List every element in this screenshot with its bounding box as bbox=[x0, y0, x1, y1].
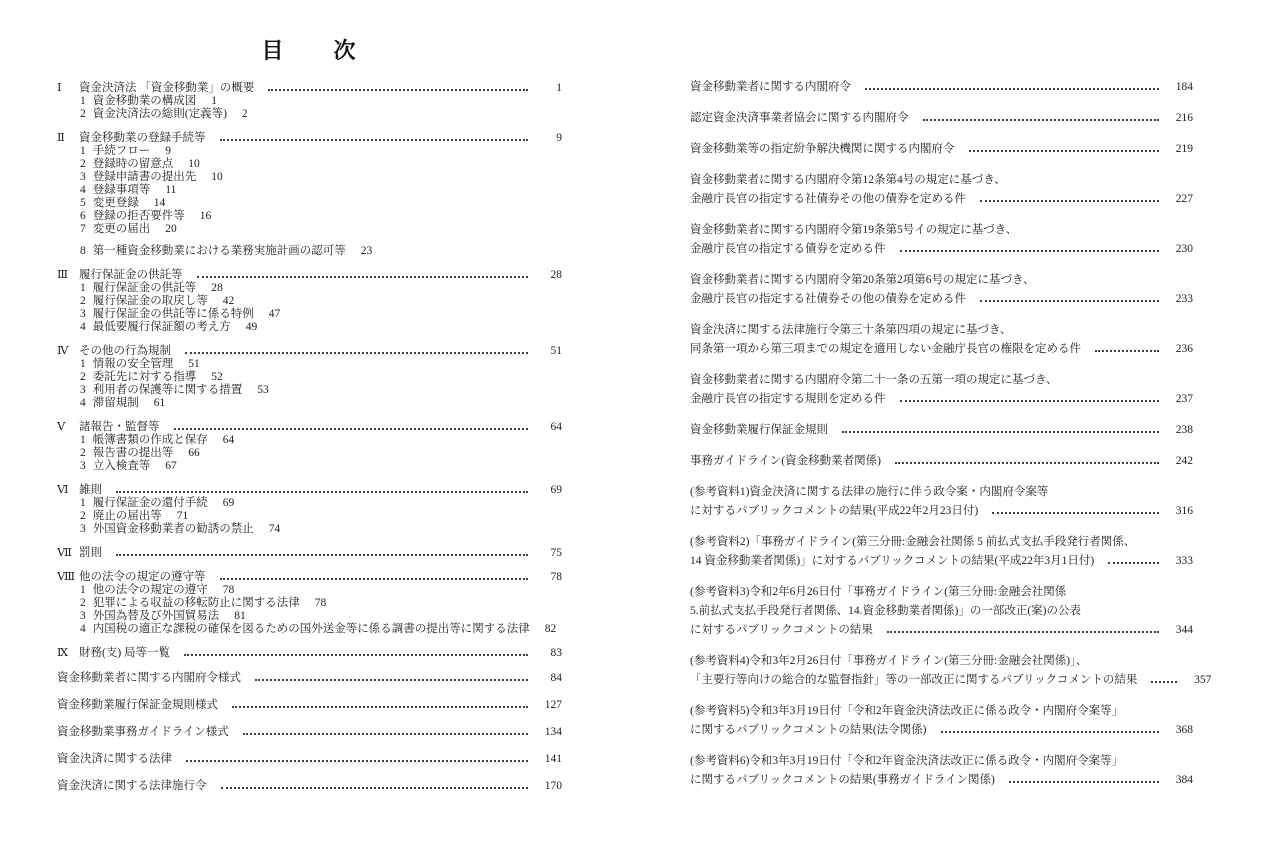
entry-line: 資金移動業者に関する内閣府令第20条第2項第6号の規定に基づき、 bbox=[690, 271, 1193, 290]
dot-leader bbox=[220, 133, 529, 141]
toc-subitem: 3立入検査等67 bbox=[57, 460, 562, 473]
subitem-title: 資金決済法の総則(定義等) bbox=[93, 108, 227, 120]
dot-leader bbox=[185, 346, 528, 354]
entry-last-line: 認定資金決済事業者協会に関する内閣府令216 bbox=[690, 109, 1193, 128]
subitem-number: 6 bbox=[80, 210, 86, 222]
subitem-page: 52 bbox=[211, 371, 223, 383]
page-number: 227 bbox=[1167, 190, 1193, 209]
toc-entry: (参考資料5)令和3年3月19日付「令和2年資金決済法改正に係る政令・内閣府令案… bbox=[690, 702, 1193, 740]
subitem-page: 2 bbox=[242, 108, 248, 120]
dot-leader bbox=[1151, 675, 1177, 683]
toc-subitem: 1情報の安全管理51 bbox=[57, 358, 562, 371]
toc-section: Ⅵ雑則691履行保証金の還付手続692廃止の届出等713外国資金移動業者の勧誘の… bbox=[57, 484, 562, 536]
subitem-number: 4 bbox=[80, 397, 86, 409]
page-number: 357 bbox=[1185, 671, 1211, 690]
page-number: 344 bbox=[1167, 621, 1193, 640]
subitem-title: 他の法令の規定の遵守 bbox=[93, 584, 208, 596]
page-number: 236 bbox=[1167, 340, 1193, 359]
dot-leader bbox=[232, 700, 528, 708]
toc-section: Ⅰ資金決済法 「資金移動業」の概要11資金移動業の構成図12資金決済法の総則(定… bbox=[57, 82, 562, 121]
subitem-number: 5 bbox=[80, 197, 86, 209]
section-numeral: Ⅷ bbox=[57, 571, 79, 584]
entry-line: 資金移動業者に関する内閣府令第19条第5号イの規定に基づき、 bbox=[690, 221, 1193, 240]
toc-entry: (参考資料2)「事務ガイドライン(第三分冊:金融会社関係 5 前払式支払手段発行… bbox=[690, 533, 1193, 571]
subitem-page: 23 bbox=[361, 245, 373, 257]
section-title: 諸報告・監督等 bbox=[79, 421, 160, 434]
toc-left-entries: 資金移動業者に関する内閣府令様式84資金移動業履行保証金規則様式127資金移動業… bbox=[57, 671, 562, 793]
subitem-page: 69 bbox=[223, 497, 235, 509]
entry-last-line: 資金決済に関する法律141 bbox=[57, 752, 562, 766]
subitem-page: 82 bbox=[545, 623, 557, 635]
entry-last-line: 金融庁長官の指定する規則を定める件237 bbox=[690, 390, 1193, 409]
section-numeral: Ⅰ bbox=[57, 82, 79, 95]
toc-section: Ⅲ履行保証金の供託等281履行保証金の供託等282履行保証金の取戻し等423履行… bbox=[57, 269, 562, 334]
page-number: 384 bbox=[1167, 771, 1193, 790]
toc-subitem: 2廃止の届出等71 bbox=[57, 510, 562, 523]
subitem-number: 4 bbox=[80, 321, 86, 333]
toc-subitem: 6登録の拒否要件等16 bbox=[57, 210, 562, 223]
entry-line: (参考資料3)令和2年6月26日付「事務ガイドライン(第三分冊:金融会社関係 bbox=[690, 583, 1193, 602]
toc-subitem: 3外国資金移動業者の勧誘の禁止74 bbox=[57, 523, 562, 536]
subitem-title: 最低要履行保証額の考え方 bbox=[93, 321, 231, 333]
section-title: 罰則 bbox=[79, 547, 102, 560]
page-number: 64 bbox=[536, 421, 562, 434]
entry-line: (参考資料1)資金決済に関する法律の施行に伴う政令案・内閣府令案等 bbox=[690, 483, 1193, 502]
entry-title: 金融庁長官の指定する債券を定める件 bbox=[690, 240, 886, 259]
entry-title: 資金移動業履行保証金規則様式 bbox=[57, 698, 218, 712]
subitem-title: 情報の安全管理 bbox=[93, 358, 174, 370]
page-number: 242 bbox=[1167, 452, 1193, 471]
toc-subitem: 2犯罪による収益の移転防止に関する法律78 bbox=[57, 597, 562, 610]
entry-title: 資金移動業履行保証金規則 bbox=[690, 421, 828, 440]
dot-leader bbox=[992, 506, 1159, 514]
entry-last-line: 金融庁長官の指定する社債券その他の債券を定める件233 bbox=[690, 290, 1193, 309]
page-number: 28 bbox=[536, 269, 562, 282]
toc-subitem: 4最低要履行保証額の考え方49 bbox=[57, 321, 562, 334]
entry-last-line: 資金移動業履行保証金規則様式127 bbox=[57, 698, 562, 712]
section-heading-row: Ⅵ雑則69 bbox=[57, 484, 562, 497]
page-number: 51 bbox=[536, 345, 562, 358]
toc-page: { "page_title": "目 次", "left": { "sectio… bbox=[0, 0, 1265, 843]
dot-leader bbox=[1108, 556, 1159, 564]
page-number: 83 bbox=[536, 647, 562, 660]
toc-entry: 資金移動業者に関する内閣府令第12条第4号の規定に基づき、金融庁長官の指定する社… bbox=[690, 171, 1193, 209]
page-number: 75 bbox=[536, 547, 562, 560]
entry-title: 金融庁長官の指定する規則を定める件 bbox=[690, 390, 886, 409]
section-numeral: Ⅲ bbox=[57, 269, 79, 282]
toc-entry: 資金移動業者に関する内閣府令184 bbox=[690, 78, 1193, 97]
toc-subitem: 8第一種資金移動業における業務実施計画の認可等23 bbox=[57, 245, 562, 258]
dot-leader bbox=[268, 83, 528, 91]
subitem-page: 47 bbox=[269, 308, 281, 320]
subitem-number: 1 bbox=[80, 358, 86, 370]
toc-left-column: Ⅰ資金決済法 「資金移動業」の概要11資金移動業の構成図12資金決済法の総則(定… bbox=[57, 82, 562, 806]
toc-section: Ⅴ諸報告・監督等641帳簿書類の作成と保存642報告書の提出等663立入検査等6… bbox=[57, 421, 562, 473]
section-title: 資金決済法 「資金移動業」の概要 bbox=[79, 82, 254, 95]
entry-line: (参考資料4)令和3年2月26日付「事務ガイドライン(第三分冊:金融会社関係)」… bbox=[690, 652, 1193, 671]
page-number: 84 bbox=[536, 671, 562, 685]
subitem-title: 外国為替及び外国貿易法 bbox=[93, 610, 220, 622]
page-number: 9 bbox=[536, 132, 562, 145]
subitem-page: 71 bbox=[177, 510, 189, 522]
dot-leader bbox=[980, 294, 1159, 302]
toc-right-column: 資金移動業者に関する内閣府令184認定資金決済事業者協会に関する内閣府令216資… bbox=[690, 78, 1193, 802]
toc-entry: 資金移動業等の指定紛争解決機関に関する内閣府令219 bbox=[690, 140, 1193, 159]
dot-leader bbox=[900, 244, 1160, 252]
subitem-number: 7 bbox=[80, 223, 86, 235]
toc-left-sections: Ⅰ資金決済法 「資金移動業」の概要11資金移動業の構成図12資金決済法の総則(定… bbox=[57, 82, 562, 660]
page-number: 170 bbox=[536, 779, 562, 793]
entry-title: 資金決済に関する法律施行令 bbox=[57, 779, 207, 793]
dot-leader bbox=[1009, 775, 1159, 783]
subitem-page: 14 bbox=[154, 197, 166, 209]
subitem-number: 2 bbox=[80, 295, 86, 307]
toc-subitem: 1履行保証金の供託等28 bbox=[57, 282, 562, 295]
section-title: 財務(支) 局等一覧 bbox=[79, 647, 170, 660]
toc-subitem: 1手続フロー9 bbox=[57, 145, 562, 158]
subitem-title: 立入検査等 bbox=[93, 460, 151, 472]
section-title: 履行保証金の供託等 bbox=[79, 269, 183, 282]
subitem-page: 66 bbox=[188, 447, 200, 459]
subitem-title: 履行保証金の取戻し等 bbox=[93, 295, 208, 307]
entry-last-line: 14 資金移動業者関係)」に対するパブリックコメントの結果(平成22年3月1日付… bbox=[690, 552, 1193, 571]
subitem-number: 1 bbox=[80, 282, 86, 294]
entry-last-line: に対するパブリックコメントの結果344 bbox=[690, 621, 1193, 640]
section-heading-row: Ⅸ財務(支) 局等一覧83 bbox=[57, 647, 562, 660]
subitem-title: 手続フロー bbox=[93, 145, 151, 157]
dot-leader bbox=[243, 727, 528, 735]
subitem-title: 滞留規制 bbox=[93, 397, 139, 409]
subitem-number: 2 bbox=[80, 371, 86, 383]
toc-subitem: 3利用者の保護等に関する措置53 bbox=[57, 384, 562, 397]
entry-last-line: に対するパブリックコメントの結果(平成22年2月23日付)316 bbox=[690, 502, 1193, 521]
page-number: 1 bbox=[536, 82, 562, 95]
subitem-number: 8 bbox=[80, 245, 86, 257]
section-numeral: Ⅸ bbox=[57, 647, 79, 660]
dot-leader bbox=[900, 394, 1160, 402]
entry-last-line: 金融庁長官の指定する債券を定める件230 bbox=[690, 240, 1193, 259]
dot-leader bbox=[197, 270, 529, 278]
subitem-title: 犯罪による収益の移転防止に関する法律 bbox=[93, 597, 300, 609]
subitem-number: 2 bbox=[80, 597, 86, 609]
subitem-number: 2 bbox=[80, 158, 86, 170]
subitem-title: 外国資金移動業者の勧誘の禁止 bbox=[93, 523, 254, 535]
subitem-number: 3 bbox=[80, 610, 86, 622]
entry-last-line: に関するパブリックコメントの結果(事務ガイドライン関係)384 bbox=[690, 771, 1193, 790]
subitem-page: 10 bbox=[211, 171, 223, 183]
section-heading-row: Ⅴ諸報告・監督等64 bbox=[57, 421, 562, 434]
subitem-title: 履行保証金の供託等に係る特例 bbox=[93, 308, 254, 320]
subitem-title: 委託先に対する指導 bbox=[93, 371, 197, 383]
entry-title: 「主要行等向けの総合的な監督指針」等の一部改正に関するパブリックコメントの結果 bbox=[690, 671, 1137, 690]
subitem-title: 登録申請書の提出先 bbox=[93, 171, 197, 183]
subitem-number: 1 bbox=[80, 95, 86, 107]
entry-title: に関するパブリックコメントの結果(法令関係) bbox=[690, 721, 927, 740]
toc-entry: (参考資料4)令和3年2月26日付「事務ガイドライン(第三分冊:金融会社関係)」… bbox=[690, 652, 1193, 690]
toc-entry: 資金決済に関する法律141 bbox=[57, 752, 562, 766]
section-heading-row: Ⅱ資金移動業の登録手続等9 bbox=[57, 132, 562, 145]
dot-leader bbox=[116, 485, 528, 493]
toc-subitem: 2委託先に対する指導52 bbox=[57, 371, 562, 384]
page-number: 230 bbox=[1167, 240, 1193, 259]
toc-subitem: 4内国税の適正な課税の確保を図るための国外送金等に係る調書の提出等に関する法律8… bbox=[57, 623, 562, 636]
subitem-title: 第一種資金移動業における業務実施計画の認可等 bbox=[93, 245, 346, 257]
page-number: 69 bbox=[536, 484, 562, 497]
page-number: 333 bbox=[1167, 552, 1193, 571]
toc-subitem: 1資金移動業の構成図1 bbox=[57, 95, 562, 108]
toc-section: Ⅳその他の行為規制511情報の安全管理512委託先に対する指導523利用者の保護… bbox=[57, 345, 562, 410]
subitem-page: 11 bbox=[165, 184, 176, 196]
entry-title: 金融庁長官の指定する社債券その他の債券を定める件 bbox=[690, 190, 966, 209]
subitem-title: 登録事項等 bbox=[93, 184, 151, 196]
dot-leader bbox=[1095, 344, 1159, 352]
page-number: 233 bbox=[1167, 290, 1193, 309]
subitem-page: 42 bbox=[223, 295, 235, 307]
section-numeral: Ⅱ bbox=[57, 132, 79, 145]
subitem-number: 3 bbox=[80, 460, 86, 472]
entry-title: 資金移動業者に関する内閣府令様式 bbox=[57, 671, 241, 685]
dot-leader bbox=[923, 113, 1160, 121]
subitem-number: 1 bbox=[80, 584, 86, 596]
entry-line: 資金移動業者に関する内閣府令第二十一条の五第一項の規定に基づき、 bbox=[690, 371, 1193, 390]
subitem-page: 53 bbox=[257, 384, 269, 396]
toc-subitem: 2登録時の留意点10 bbox=[57, 158, 562, 171]
entry-title: 資金決済に関する法律 bbox=[57, 752, 172, 766]
toc-subitem: 3登録申請書の提出先10 bbox=[57, 171, 562, 184]
entry-last-line: 資金移動業事務ガイドライン様式134 bbox=[57, 725, 562, 739]
dot-leader bbox=[895, 456, 1159, 464]
entry-title: 認定資金決済事業者協会に関する内閣府令 bbox=[690, 109, 909, 128]
section-numeral: Ⅴ bbox=[57, 421, 79, 434]
subitem-number: 4 bbox=[80, 184, 86, 196]
entry-title: に対するパブリックコメントの結果(平成22年2月23日付) bbox=[690, 502, 978, 521]
toc-entry: (参考資料1)資金決済に関する法律の施行に伴う政令案・内閣府令案等に対するパブリ… bbox=[690, 483, 1193, 521]
section-title: 雑則 bbox=[79, 484, 102, 497]
page-number: 134 bbox=[536, 725, 562, 739]
subitem-title: 報告書の提出等 bbox=[93, 447, 174, 459]
subitem-page: 78 bbox=[223, 584, 235, 596]
subitem-page: 1 bbox=[211, 95, 217, 107]
toc-subitem: 2資金決済法の総則(定義等)2 bbox=[57, 108, 562, 121]
section-heading-row: Ⅰ資金決済法 「資金移動業」の概要1 bbox=[57, 82, 562, 95]
toc-subitem: 5変更登録14 bbox=[57, 197, 562, 210]
subitem-title: 変更の届出 bbox=[93, 223, 151, 235]
subitem-title: 廃止の届出等 bbox=[93, 510, 162, 522]
toc-section: Ⅶ罰則75 bbox=[57, 547, 562, 560]
toc-subitem: 7変更の届出20 bbox=[57, 223, 562, 236]
toc-subitem: 3履行保証金の供託等に係る特例47 bbox=[57, 308, 562, 321]
toc-section: Ⅱ資金移動業の登録手続等91手続フロー92登録時の留意点103登録申請書の提出先… bbox=[57, 132, 562, 258]
subitem-title: 履行保証金の還付手続 bbox=[93, 497, 208, 509]
subitem-page: 10 bbox=[188, 158, 200, 170]
subitem-number: 3 bbox=[80, 384, 86, 396]
entry-line: (参考資料6)令和3年3月19日付「令和2年資金決済法改正に係る政令・内閣府令案… bbox=[690, 752, 1193, 771]
entry-title: 金融庁長官の指定する社債券その他の債券を定める件 bbox=[690, 290, 966, 309]
toc-entry: 資金移動業履行保証金規則様式127 bbox=[57, 698, 562, 712]
dot-leader bbox=[220, 572, 529, 580]
toc-entry: 資金移動業者に関する内閣府令様式84 bbox=[57, 671, 562, 685]
section-title: 資金移動業の登録手続等 bbox=[79, 132, 206, 145]
toc-subitem: 1他の法令の規定の遵守78 bbox=[57, 584, 562, 597]
toc-subitem: 1履行保証金の還付手続69 bbox=[57, 497, 562, 510]
section-heading-row: Ⅶ罰則75 bbox=[57, 547, 562, 560]
page-number: 216 bbox=[1167, 109, 1193, 128]
toc-entry: 認定資金決済事業者協会に関する内閣府令216 bbox=[690, 109, 1193, 128]
toc-entry: 資金移動業者に関する内閣府令第19条第5号イの規定に基づき、金融庁長官の指定する… bbox=[690, 221, 1193, 259]
entry-last-line: 資金移動業者に関する内閣府令様式84 bbox=[57, 671, 562, 685]
subitem-number: 2 bbox=[80, 510, 86, 522]
subitem-number: 2 bbox=[80, 447, 86, 459]
page-title: 目 次 bbox=[57, 34, 562, 65]
subitem-number: 3 bbox=[80, 171, 86, 183]
toc-entry: (参考資料3)令和2年6月26日付「事務ガイドライン(第三分冊:金融会社関係5.… bbox=[690, 583, 1193, 640]
subitem-page: 74 bbox=[269, 523, 281, 535]
dot-leader bbox=[186, 754, 528, 762]
toc-entry: 資金移動業者に関する内閣府令第二十一条の五第一項の規定に基づき、金融庁長官の指定… bbox=[690, 371, 1193, 409]
entry-line: 資金移動業者に関する内閣府令第12条第4号の規定に基づき、 bbox=[690, 171, 1193, 190]
subitem-title: 履行保証金の供託等 bbox=[93, 282, 197, 294]
entry-last-line: 事務ガイドライン(資金移動業者関係)242 bbox=[690, 452, 1193, 471]
page-number: 219 bbox=[1167, 140, 1193, 159]
entry-last-line: 資金移動業履行保証金規則238 bbox=[690, 421, 1193, 440]
page-number: 238 bbox=[1167, 421, 1193, 440]
entry-title: に関するパブリックコメントの結果(事務ガイドライン関係) bbox=[690, 771, 995, 790]
dot-leader bbox=[116, 548, 528, 556]
section-heading-row: Ⅳその他の行為規制51 bbox=[57, 345, 562, 358]
dot-leader bbox=[255, 673, 528, 681]
toc-subitem: 2履行保証金の取戻し等42 bbox=[57, 295, 562, 308]
toc-entry: 資金移動業者に関する内閣府令第20条第2項第6号の規定に基づき、金融庁長官の指定… bbox=[690, 271, 1193, 309]
entry-line: 5.前払式支払手段発行者関係、14.資金移動業者関係)」の一部改正(案)の公表 bbox=[690, 602, 1193, 621]
subitem-page: 20 bbox=[165, 223, 177, 235]
subitem-page: 67 bbox=[165, 460, 177, 472]
dot-leader bbox=[221, 781, 529, 789]
toc-entry: 事務ガイドライン(資金移動業者関係)242 bbox=[690, 452, 1193, 471]
page-number: 127 bbox=[536, 698, 562, 712]
section-numeral: Ⅵ bbox=[57, 484, 79, 497]
entry-line: 資金決済に関する法律施行令第三十条第四項の規定に基づき、 bbox=[690, 321, 1193, 340]
subitem-title: 資金移動業の構成図 bbox=[93, 95, 197, 107]
entry-title: 資金移動業等の指定紛争解決機関に関する内閣府令 bbox=[690, 140, 955, 159]
subitem-page: 28 bbox=[211, 282, 223, 294]
page-number: 368 bbox=[1167, 721, 1193, 740]
entry-title: 資金移動業者に関する内閣府令 bbox=[690, 78, 851, 97]
entry-last-line: 「主要行等向けの総合的な監督指針」等の一部改正に関するパブリックコメントの結果3… bbox=[690, 671, 1193, 690]
dot-leader bbox=[865, 82, 1159, 90]
subitem-title: 内国税の適正な課税の確保を図るための国外送金等に係る調書の提出等に関する法律 bbox=[93, 623, 530, 635]
section-heading-row: Ⅲ履行保証金の供託等28 bbox=[57, 269, 562, 282]
toc-right-entries: 資金移動業者に関する内閣府令184認定資金決済事業者協会に関する内閣府令216資… bbox=[690, 78, 1193, 790]
entry-last-line: 資金決済に関する法律施行令170 bbox=[57, 779, 562, 793]
entry-line: (参考資料2)「事務ガイドライン(第三分冊:金融会社関係 5 前払式支払手段発行… bbox=[690, 533, 1193, 552]
subitem-number: 1 bbox=[80, 434, 86, 446]
entry-title: 事務ガイドライン(資金移動業者関係) bbox=[690, 452, 881, 471]
entry-title: 同条第一項から第三項までの規定を適用しない金融庁長官の権限を定める件 bbox=[690, 340, 1081, 359]
page-number: 316 bbox=[1167, 502, 1193, 521]
subitem-page: 51 bbox=[188, 358, 200, 370]
toc-subitem: 2報告書の提出等66 bbox=[57, 447, 562, 460]
subitem-number: 4 bbox=[80, 623, 86, 635]
dot-leader bbox=[174, 422, 529, 430]
dot-leader bbox=[980, 194, 1159, 202]
toc-subitem: 4滞留規制61 bbox=[57, 397, 562, 410]
toc-section: Ⅷ他の法令の規定の遵守等781他の法令の規定の遵守782犯罪による収益の移転防止… bbox=[57, 571, 562, 636]
page-number: 237 bbox=[1167, 390, 1193, 409]
toc-subitem: 3外国為替及び外国貿易法81 bbox=[57, 610, 562, 623]
toc-entry: 資金移動業事務ガイドライン様式134 bbox=[57, 725, 562, 739]
subitem-page: 64 bbox=[223, 434, 235, 446]
subitem-title: 帳簿書類の作成と保存 bbox=[93, 434, 208, 446]
section-title: その他の行為規制 bbox=[79, 345, 171, 358]
subitem-page: 16 bbox=[200, 210, 212, 222]
subitem-number: 2 bbox=[80, 108, 86, 120]
entry-last-line: 同条第一項から第三項までの規定を適用しない金融庁長官の権限を定める件236 bbox=[690, 340, 1193, 359]
subitem-page: 81 bbox=[234, 610, 246, 622]
subitem-page: 9 bbox=[165, 145, 171, 157]
dot-leader bbox=[887, 625, 1159, 633]
page-number: 141 bbox=[536, 752, 562, 766]
dot-leader bbox=[842, 425, 1159, 433]
section-numeral: Ⅶ bbox=[57, 547, 79, 560]
entry-last-line: に関するパブリックコメントの結果(法令関係)368 bbox=[690, 721, 1193, 740]
entry-line: (参考資料5)令和3年3月19日付「令和2年資金決済法改正に係る政令・内閣府令案… bbox=[690, 702, 1193, 721]
entry-title: 14 資金移動業者関係)」に対するパブリックコメントの結果(平成22年3月1日付… bbox=[690, 552, 1094, 571]
toc-entry: (参考資料6)令和3年3月19日付「令和2年資金決済法改正に係る政令・内閣府令案… bbox=[690, 752, 1193, 790]
toc-section: Ⅸ財務(支) 局等一覧83 bbox=[57, 647, 562, 660]
subitem-number: 3 bbox=[80, 308, 86, 320]
subitem-page: 78 bbox=[315, 597, 327, 609]
entry-last-line: 資金移動業等の指定紛争解決機関に関する内閣府令219 bbox=[690, 140, 1193, 159]
subitem-title: 登録の拒否要件等 bbox=[93, 210, 185, 222]
subitem-number: 1 bbox=[80, 145, 86, 157]
dot-leader bbox=[184, 648, 528, 656]
subitem-number: 3 bbox=[80, 523, 86, 535]
entry-title: に対するパブリックコメントの結果 bbox=[690, 621, 873, 640]
subitem-title: 登録時の留意点 bbox=[93, 158, 174, 170]
page-number: 184 bbox=[1167, 78, 1193, 97]
subitem-title: 変更登録 bbox=[93, 197, 139, 209]
toc-subitem: 1帳簿書類の作成と保存64 bbox=[57, 434, 562, 447]
subitem-page: 61 bbox=[154, 397, 166, 409]
entry-title: 資金移動業事務ガイドライン様式 bbox=[57, 725, 229, 739]
subitem-title: 利用者の保護等に関する措置 bbox=[93, 384, 243, 396]
subitem-number: 1 bbox=[80, 497, 86, 509]
section-numeral: Ⅳ bbox=[57, 345, 79, 358]
entry-last-line: 金融庁長官の指定する社債券その他の債券を定める件227 bbox=[690, 190, 1193, 209]
entry-last-line: 資金移動業者に関する内閣府令184 bbox=[690, 78, 1193, 97]
toc-entry: 資金移動業履行保証金規則238 bbox=[690, 421, 1193, 440]
toc-subitem: 4登録事項等11 bbox=[57, 184, 562, 197]
dot-leader bbox=[941, 725, 1159, 733]
dot-leader bbox=[969, 144, 1160, 152]
section-title: 他の法令の規定の遵守等 bbox=[79, 571, 206, 584]
toc-entry: 資金決済に関する法律施行令170 bbox=[57, 779, 562, 793]
section-heading-row: Ⅷ他の法令の規定の遵守等78 bbox=[57, 571, 562, 584]
subitem-page: 49 bbox=[246, 321, 258, 333]
page-number: 78 bbox=[536, 571, 562, 584]
toc-entry: 資金決済に関する法律施行令第三十条第四項の規定に基づき、同条第一項から第三項まで… bbox=[690, 321, 1193, 359]
